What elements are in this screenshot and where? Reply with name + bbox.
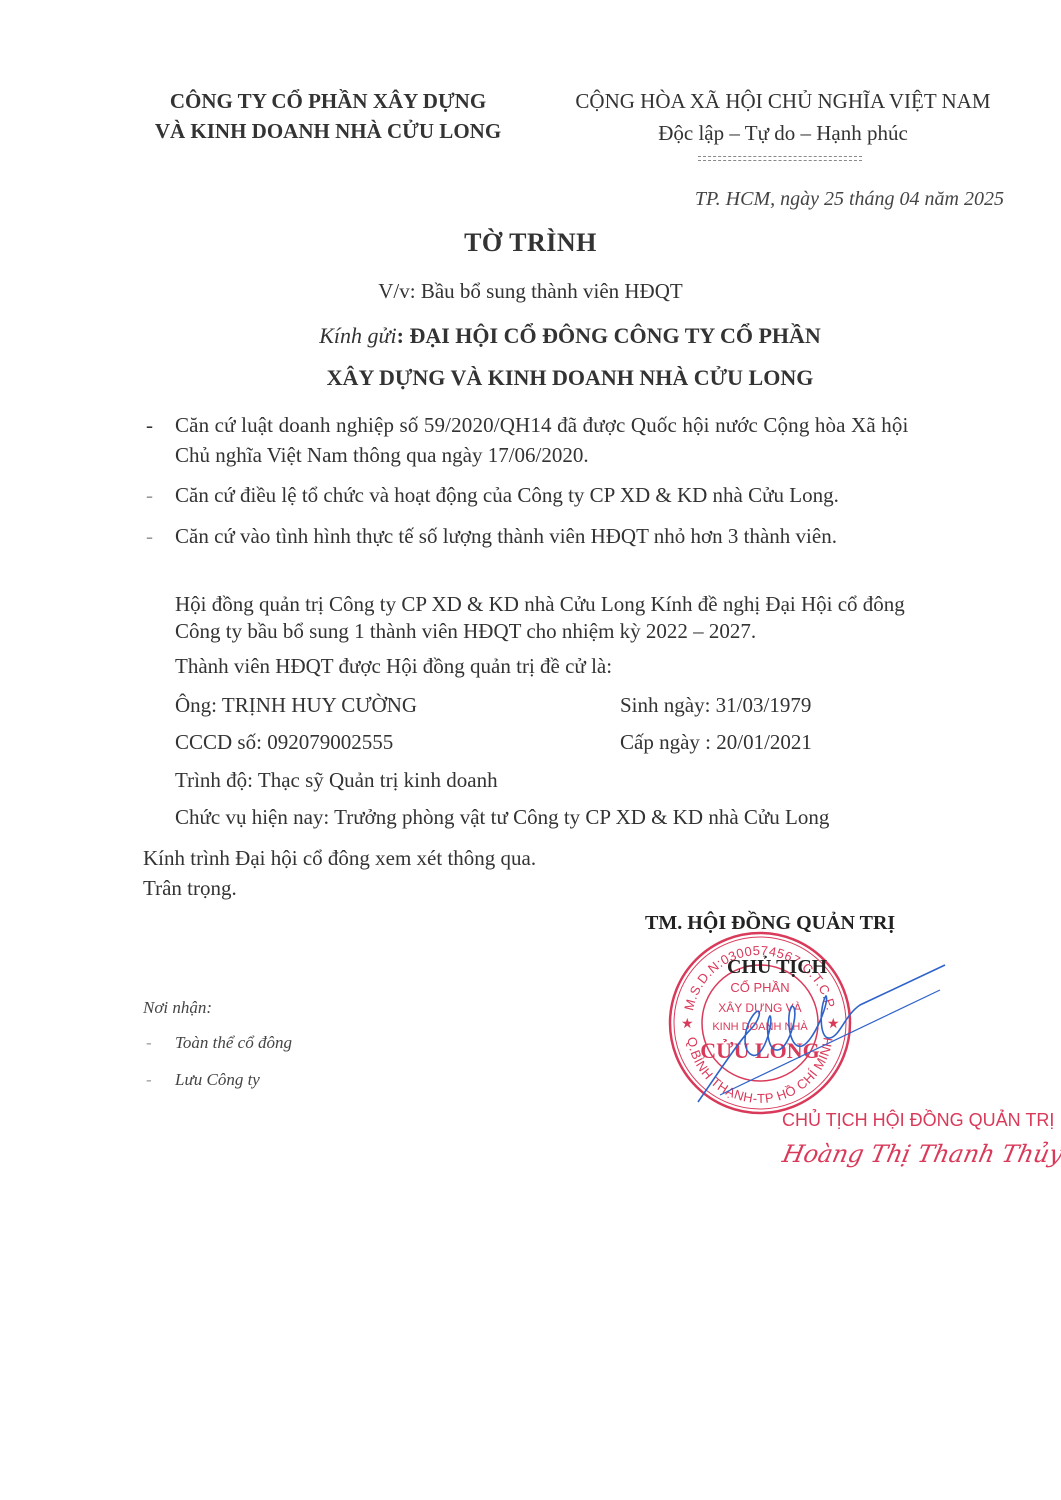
nominee-education: Trình độ: Thạc sỹ Quản trị kinh doanh bbox=[175, 765, 498, 795]
header-separator bbox=[690, 153, 870, 165]
national-motto: Độc lập – Tự do – Hạnh phúc bbox=[548, 118, 1018, 148]
date-line: TP. HCM, ngày 25 tháng 04 năm 2025 bbox=[695, 188, 1004, 211]
national-title: CỘNG HÒA XÃ HỘI CHỦ NGHĨA VIỆT NAM bbox=[548, 86, 1018, 116]
company-name-line1: CÔNG TY CỔ PHẦN XÂY DỰNG bbox=[118, 86, 538, 116]
bullet-marker: - bbox=[146, 410, 153, 440]
document-subject: V/v: Bầu bổ sung thành viên HĐQT bbox=[0, 279, 1061, 304]
basis-item: Căn cứ vào tình hình thực tế số lượng th… bbox=[175, 521, 837, 551]
bullet-marker: - bbox=[146, 521, 153, 551]
addressee-label: Kính gửi bbox=[319, 323, 396, 348]
signer-name: Hoàng Thị Thanh Thủy bbox=[780, 1140, 1061, 1168]
proposal-line2: Công ty bầu bổ sung 1 thành viên HĐQT ch… bbox=[175, 616, 756, 646]
recipient-item: Lưu Công ty bbox=[175, 1070, 260, 1090]
document-title: TỜ TRÌNH bbox=[0, 228, 1061, 258]
proposal-line3: Thành viên HĐQT được Hội đồng quản trị đ… bbox=[175, 651, 612, 681]
basis-item: Căn cứ điều lệ tổ chức và hoạt động của … bbox=[175, 480, 839, 510]
nominee-name: Ông: TRỊNH HUY CƯỜNG bbox=[175, 690, 417, 720]
basis-item: Căn cứ luật doanh nghiệp số 59/2020/QH14… bbox=[175, 410, 909, 440]
nominee-dob: Sinh ngày: 31/03/1979 bbox=[620, 690, 811, 720]
addressee-text: : ĐẠI HỘI CỔ ĐÔNG CÔNG TY CỔ PHẦN bbox=[397, 323, 821, 348]
basis-item-cont: Chủ nghĩa Việt Nam thông qua ngày 17/06/… bbox=[175, 440, 589, 470]
signer-title: CHỦ TỊCH HỘI ĐỒNG QUẢN TRỊ bbox=[782, 1110, 1054, 1131]
bullet-marker: - bbox=[146, 480, 153, 510]
nominee-id: CCCD số: 092079002555 bbox=[175, 727, 393, 757]
handwritten-signature-icon bbox=[690, 960, 960, 1110]
bullet-marker: - bbox=[146, 1033, 152, 1053]
company-name-line2: VÀ KINH DOANH NHÀ CỬU LONG bbox=[118, 116, 538, 146]
closing-line1: Kính trình Đại hội cổ đông xem xét thông… bbox=[143, 843, 536, 873]
addressee-line1: Kính gửi: ĐẠI HỘI CỔ ĐÔNG CÔNG TY CỔ PHẦ… bbox=[0, 323, 1061, 349]
bullet-marker: - bbox=[146, 1070, 152, 1090]
recipients-label: Nơi nhận: bbox=[143, 998, 212, 1018]
nominee-id-date: Cấp ngày : 20/01/2021 bbox=[620, 727, 812, 757]
proposal-line1: Hội đồng quản trị Công ty CP XD & KD nhà… bbox=[175, 589, 905, 619]
recipient-item: Toàn thể cổ đông bbox=[175, 1033, 292, 1053]
closing-line2: Trân trọng. bbox=[143, 873, 237, 903]
on-behalf-label: TM. HỘI ĐỒNG QUẢN TRỊ bbox=[645, 912, 895, 935]
nominee-position: Chức vụ hiện nay: Trưởng phòng vật tư Cô… bbox=[175, 802, 829, 832]
addressee-line2: XÂY DỰNG VÀ KINH DOANH NHÀ CỬU LONG bbox=[0, 365, 1061, 391]
